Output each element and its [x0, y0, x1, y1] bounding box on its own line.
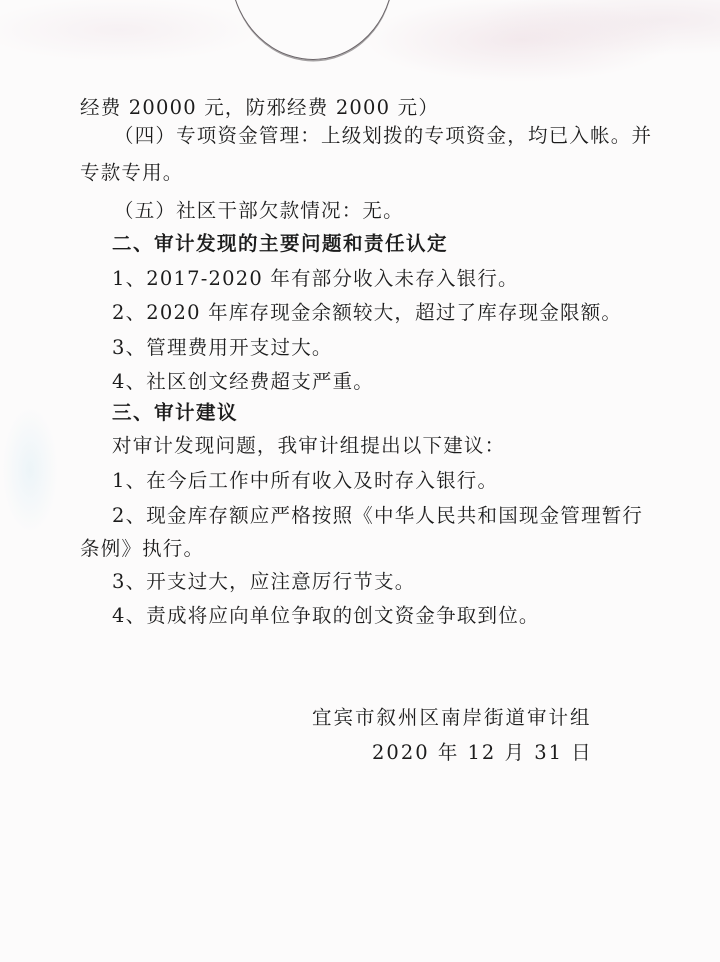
finding-item-4: 4、社区创文经费超支严重。	[112, 370, 374, 394]
signature-organization: 宜宾市叙州区南岸街道审计组	[312, 706, 592, 730]
recommendation-item-3: 3、开支过大，应注意厉行节支。	[112, 570, 415, 594]
continuation-line: 经费 20000 元，防邪经费 2000 元）	[80, 96, 439, 120]
recommendation-item-4: 4、责成将应向单位争取的创文资金争取到位。	[112, 604, 540, 628]
item-five-cadre-debts: （五）社区干部欠款情况：无。	[114, 199, 404, 223]
finding-item-2: 2、2020 年库存现金余额较大，超过了库存现金限额。	[112, 301, 622, 325]
recommendation-item-2: 2、现金库存额应严格按照《中华人民共和国现金管理暂行	[112, 504, 643, 528]
item-four-continuation: 专款专用。	[80, 161, 184, 185]
item-four-special-funds: （四）专项资金管理：上级划拨的专项资金，均已入帐。并	[114, 124, 652, 148]
section-two-heading: 二、审计发现的主要问题和责任认定	[112, 232, 448, 256]
recommendation-item-1: 1、在今后工作中所有收入及时存入银行。	[112, 469, 498, 493]
official-seal-outline	[224, 0, 400, 66]
recommendation-intro: 对审计发现问题，我审计组提出以下建议：	[112, 434, 505, 458]
finding-item-3: 3、管理费用开支过大。	[112, 336, 333, 360]
scanned-document-page: 经费 20000 元，防邪经费 2000 元） （四）专项资金管理：上级划拨的专…	[0, 0, 720, 962]
finding-item-1: 1、2017-2020 年有部分收入未存入银行。	[112, 267, 519, 291]
recommendation-item-2-continuation: 条例》执行。	[80, 537, 204, 561]
section-three-heading: 三、审计建议	[112, 401, 238, 425]
signature-date: 2020 年 12 月 31 日	[372, 741, 593, 765]
